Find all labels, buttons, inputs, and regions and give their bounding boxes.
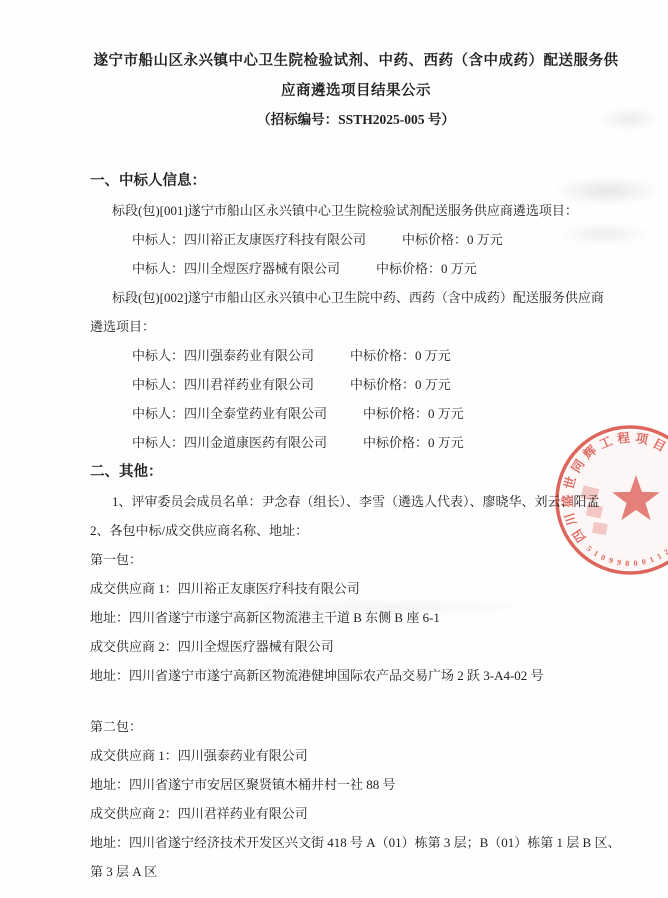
address-line: 第 3 层 A 区: [90, 857, 622, 886]
winner-name: 中标人：四川强泰药业有限公司: [132, 341, 314, 370]
address-line: 地址：四川省遂宁市遂宁高新区物流港健坤国际农产品交易广场 2 跃 3-A4-02…: [90, 661, 622, 690]
title-line-2: 应商遴选项目结果公示: [90, 76, 622, 106]
winner-price: 中标价格：0 万元: [350, 370, 451, 399]
seal-ring-char: 盛: [560, 494, 575, 507]
winner-price: 中标价格：0 万元: [376, 254, 477, 283]
winner-price: 中标价格：0 万元: [363, 399, 464, 428]
lot2-intro-line: 遴选项目：: [90, 312, 622, 341]
winner-name: 中标人：四川全泰堂药业有限公司: [132, 399, 327, 428]
supplier-line: 成交供应商 1：四川强泰药业有限公司: [90, 741, 622, 770]
official-seal: 四 川 盛 世 同 辉 工 程 项 目 5 1 0 9 9 8 0 0 1 1 …: [535, 405, 668, 595]
winner-price: 中标价格：0 万元: [402, 225, 503, 254]
section-winners-heading: 一、中标人信息：: [90, 166, 622, 196]
winner-price: 中标价格：0 万元: [363, 428, 464, 457]
lot2-intro-line: 标段(包)[002]遂宁市船山区永兴镇中心卫生院中药、西药（含中成药）配送服务供…: [90, 283, 622, 312]
address-line: 地址：四川省遂宁市遂宁高新区物流港主干道 B 东侧 B 座 6-1: [90, 603, 622, 632]
winner-name: 中标人：四川金道康医药有限公司: [132, 428, 327, 457]
winner-row: 中标人：四川强泰药业有限公司 中标价格：0 万元: [90, 341, 622, 370]
package-title: 第二包：: [90, 712, 622, 741]
seal-ring-char: 程: [616, 430, 630, 446]
winner-row: 中标人：四川全煜医疗器械有限公司 中标价格：0 万元: [90, 254, 622, 283]
winner-row: 中标人：四川君祥药业有限公司 中标价格：0 万元: [90, 370, 622, 399]
title-line-1: 遂宁市船山区永兴镇中心卫生院检验试剂、中药、西药（含中成药）配送服务供: [90, 46, 622, 76]
document-title: 遂宁市船山区永兴镇中心卫生院检验试剂、中药、西药（含中成药）配送服务供 应商遴选…: [90, 46, 622, 106]
tender-number-line: （招标编号：SSTH2025-005 号）: [90, 106, 622, 134]
lot1-intro-line: 标段(包)[001]遂宁市船山区永兴镇中心卫生院检验试剂配送服务供应商遴选项目：: [90, 196, 622, 225]
address-line: 地址：四川省遂宁经济技术开发区兴文街 418 号 A（01）栋第 3 层；B（0…: [90, 828, 622, 857]
address-line: 地址：四川省遂宁市安居区聚贤镇木桶井村一社 88 号: [90, 770, 622, 799]
winner-row: 中标人：四川裕正友康医疗科技有限公司 中标价格：0 万元: [90, 225, 622, 254]
supplier-line: 成交供应商 2：四川君祥药业有限公司: [90, 799, 622, 828]
document-page: 遂宁市船山区永兴镇中心卫生院检验试剂、中药、西药（含中成药）配送服务供 应商遴选…: [0, 0, 668, 898]
winner-name: 中标人：四川君祥药业有限公司: [132, 370, 314, 399]
winner-name: 中标人：四川全煜医疗器械有限公司: [132, 254, 340, 283]
seal-serial-char: 0: [633, 559, 638, 568]
seal-serial-char: 8: [625, 559, 629, 568]
winner-name: 中标人：四川裕正友康医疗科技有限公司: [132, 225, 366, 254]
winner-price: 中标价格：0 万元: [350, 341, 451, 370]
supplier-line: 成交供应商 2：四川全煜医疗器械有限公司: [90, 632, 622, 661]
